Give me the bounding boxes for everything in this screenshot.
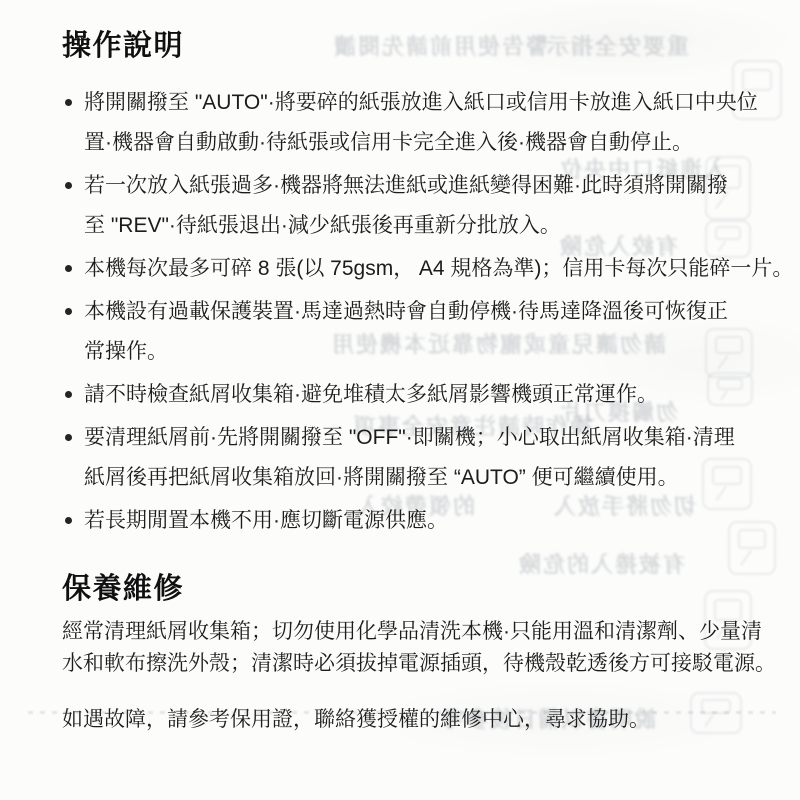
text-line: 若長期閒置本機不用·應切斷電源供應。 bbox=[84, 501, 774, 541]
bullet-text: 本機每次最多可碎 8 張(以 75gsm， A4 規格為準)；信用卡每次只能碎一… bbox=[84, 249, 774, 289]
bullet-item: 請不時檢查紙屑收集箱·避免堆積太多紙屑影響機頭正常運作。 bbox=[62, 375, 774, 415]
text-line: 本機每次最多可碎 8 張(以 75gsm， A4 規格為準)；信用卡每次只能碎一… bbox=[84, 249, 774, 289]
paragraph: 經常清理紙屑收集箱；切勿使用化學品清洗本機·只能用溫和清潔劑、少量清水和軟布擦洗… bbox=[62, 616, 774, 680]
bullet-text: 若長期閒置本機不用·應切斷電源供應。 bbox=[84, 501, 774, 541]
text-line: 水和軟布擦洗外殼；清潔時必須拔掉電源插頭，待機殼乾透後方可接駁電源。 bbox=[62, 648, 774, 680]
text-line: 常操作。 bbox=[84, 332, 774, 372]
bullet-item: 將開關撥至 "AUTO"·將要碎的紙張放進入紙口或信用卡放進入紙口中央位置·機器… bbox=[62, 83, 774, 163]
bullet-dot-icon bbox=[62, 375, 84, 415]
text-line: 將開關撥至 "AUTO"·將要碎的紙張放進入紙口或信用卡放進入紙口中央位 bbox=[84, 83, 774, 123]
bullet-dot-icon bbox=[62, 83, 84, 163]
text-line: 要清理紙屑前·先將開關撥至 "OFF"·即關機；小心取出紙屑收集箱·清理 bbox=[84, 418, 774, 458]
bullet-dot-icon bbox=[62, 249, 84, 289]
maintenance-paragraphs: 經常清理紙屑收集箱；切勿使用化學品清洗本機·只能用溫和清潔劑、少量清水和軟布擦洗… bbox=[62, 616, 774, 736]
section-heading-operation: 操作說明 bbox=[62, 30, 774, 63]
paragraph: 如遇故障，請參考保用證，聯絡獲授權的維修中心，尋求協助。 bbox=[62, 704, 774, 736]
bullet-item: 若一次放入紙張過多·機器將無法進紙或進紙變得困難·此時須將開關撥至 "REV"·… bbox=[62, 166, 774, 246]
text-line: 若一次放入紙張過多·機器將無法進紙或進紙變得困難·此時須將開關撥 bbox=[84, 166, 774, 206]
text-line: 置·機器會自動啟動·待紙張或信用卡完全進入後·機器會自動停止。 bbox=[84, 123, 774, 163]
bullet-text: 若一次放入紙張過多·機器將無法進紙或進紙變得困難·此時須將開關撥至 "REV"·… bbox=[84, 166, 774, 246]
bullet-item: 要清理紙屑前·先將開關撥至 "OFF"·即關機；小心取出紙屑收集箱·清理紙屑後再… bbox=[62, 418, 774, 498]
bullet-dot-icon bbox=[62, 418, 84, 498]
bullet-text: 請不時檢查紙屑收集箱·避免堆積太多紙屑影響機頭正常運作。 bbox=[84, 375, 774, 415]
bullet-dot-icon bbox=[62, 501, 84, 541]
bullet-text: 要清理紙屑前·先將開關撥至 "OFF"·即關機；小心取出紙屑收集箱·清理紙屑後再… bbox=[84, 418, 774, 498]
text-line: 至 "REV"·待紙張退出·減少紙張後再重新分批放入。 bbox=[84, 206, 774, 246]
page-content: 操作說明 將開關撥至 "AUTO"·將要碎的紙張放進入紙口或信用卡放進入紙口中央… bbox=[62, 30, 774, 736]
scan-artifact-line bbox=[28, 711, 776, 714]
text-line: 紙屑後再把紙屑收集箱放回·將開關撥至 “AUTO” 便可繼續使用。 bbox=[84, 458, 774, 498]
text-line: 本機設有過載保護裝置·馬達過熱時會自動停機·待馬達降溫後可恢復正 bbox=[84, 292, 774, 332]
text-line: 經常清理紙屑收集箱；切勿使用化學品清洗本機·只能用溫和清潔劑、少量清 bbox=[62, 616, 774, 648]
bullet-text: 將開關撥至 "AUTO"·將要碎的紙張放進入紙口或信用卡放進入紙口中央位置·機器… bbox=[84, 83, 774, 163]
bullet-item: 本機每次最多可碎 8 張(以 75gsm， A4 規格為準)；信用卡每次只能碎一… bbox=[62, 249, 774, 289]
operation-bullet-list: 將開關撥至 "AUTO"·將要碎的紙張放進入紙口或信用卡放進入紙口中央位置·機器… bbox=[62, 83, 774, 541]
bullet-item: 本機設有過載保護裝置·馬達過熱時會自動停機·待馬達降溫後可恢復正常操作。 bbox=[62, 292, 774, 372]
bullet-text: 本機設有過載保護裝置·馬達過熱時會自動停機·待馬達降溫後可恢復正常操作。 bbox=[84, 292, 774, 372]
section-heading-maintenance: 保養維修 bbox=[62, 573, 774, 606]
bullet-item: 若長期閒置本機不用·應切斷電源供應。 bbox=[62, 501, 774, 541]
bullet-dot-icon bbox=[62, 292, 84, 372]
text-line: 請不時檢查紙屑收集箱·避免堆積太多紙屑影響機頭正常運作。 bbox=[84, 375, 774, 415]
manual-page: 警告使用前請先閱讀重要安全指示入進紙口中央位有絞入危險請勿讓兒童或寵物靠近本機使… bbox=[0, 0, 800, 800]
text-line: 如遇故障，請參考保用證，聯絡獲授權的維修中心，尋求協助。 bbox=[62, 704, 774, 736]
bullet-dot-icon bbox=[62, 166, 84, 246]
